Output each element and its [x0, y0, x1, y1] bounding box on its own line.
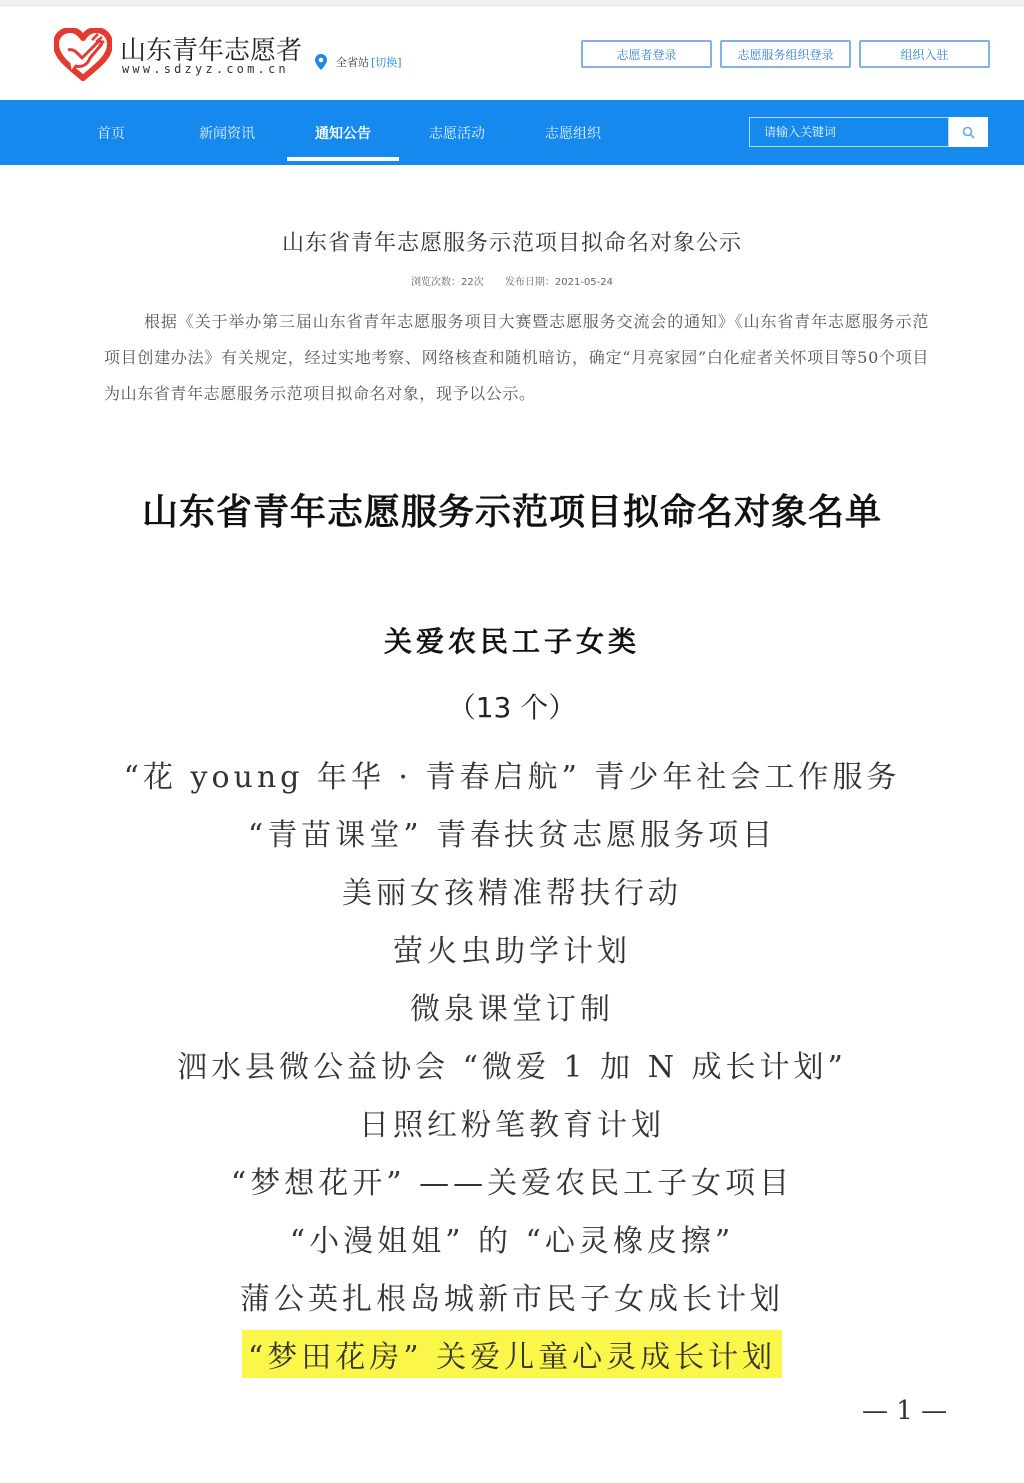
location-name: 全省站	[336, 54, 369, 70]
list-item: “梦想花开” ——关爱农民工子女项目	[0, 1151, 1024, 1209]
nav-item-home[interactable]: 首页	[72, 100, 150, 165]
document-title: 山东省青年志愿服务示范项目拟命名对象名单	[0, 484, 1024, 535]
project-list: “花 young 年华 · 青春启航” 青少年社会工作服务 “青苗课堂” 青春扶…	[0, 745, 1024, 1383]
page-number: — 1 —	[862, 1396, 947, 1426]
category-count: （13 个）	[0, 686, 1024, 726]
list-item: “小漫姐姐” 的 “心灵橡皮擦”	[0, 1209, 1024, 1267]
article-paragraph: 根据《关于举办第三届山东省青年志愿服务项目大赛暨志愿服务交流会的通知》《山东省青…	[104, 304, 929, 412]
list-item: 日照红粉笔教育计划	[0, 1093, 1024, 1151]
category-title: 关爱农民工子女类	[0, 620, 1024, 660]
location-pin-icon	[314, 53, 328, 71]
list-item: 萤火虫助学计划	[0, 919, 1024, 977]
nav-item-activities[interactable]: 志愿活动	[416, 100, 498, 165]
search-icon	[962, 126, 975, 139]
nav-item-notices[interactable]: 通知公告	[287, 100, 399, 165]
heart-hand-logo-icon[interactable]	[54, 28, 112, 82]
site-header: 山东青年志愿者 www.sdzyz.com.cn 全省站 [切换] 志愿者登录 …	[0, 6, 1024, 100]
location-selector: 全省站 [切换]	[314, 53, 402, 71]
view-count: 浏览次数：22次	[411, 277, 484, 288]
volunteer-login-button[interactable]: 志愿者登录	[581, 40, 712, 68]
list-item: 美丽女孩精准帮扶行动	[0, 861, 1024, 919]
search-input[interactable]	[749, 117, 949, 147]
highlighted-text: “梦田花房” 关爱儿童心灵成长计划	[242, 1330, 782, 1378]
list-item: 泗水县微公益协会 “微爱 1 加 N 成长计划”	[0, 1035, 1024, 1093]
header-buttons: 志愿者登录 志愿服务组织登录 组织入驻	[581, 40, 990, 68]
nav-item-organizations[interactable]: 志愿组织	[532, 100, 614, 165]
list-item: “青苗课堂” 青春扶贫志愿服务项目	[0, 803, 1024, 861]
nav-item-news[interactable]: 新闻资讯	[186, 100, 268, 165]
location-switch-link[interactable]: [切换]	[371, 54, 402, 70]
organization-login-button[interactable]: 志愿服务组织登录	[720, 40, 851, 68]
list-item: 微泉课堂订制	[0, 977, 1024, 1035]
article-meta: 浏览次数：22次 发布日期：2021-05-24	[0, 273, 1024, 288]
list-item: “花 young 年华 · 青春启航” 青少年社会工作服务	[0, 745, 1024, 803]
search-button[interactable]	[949, 117, 988, 147]
list-item-highlighted: “梦田花房” 关爱儿童心灵成长计划	[0, 1325, 1024, 1383]
search-box	[749, 117, 988, 147]
publish-date: 发布日期：2021-05-24	[505, 277, 613, 288]
article-title: 山东省青年志愿服务示范项目拟命名对象公示	[0, 226, 1024, 257]
brand-url: www.sdzyz.com.cn	[122, 62, 289, 76]
list-item: 蒲公英扎根岛城新市民子女成长计划	[0, 1267, 1024, 1325]
organization-join-button[interactable]: 组织入驻	[859, 40, 990, 68]
